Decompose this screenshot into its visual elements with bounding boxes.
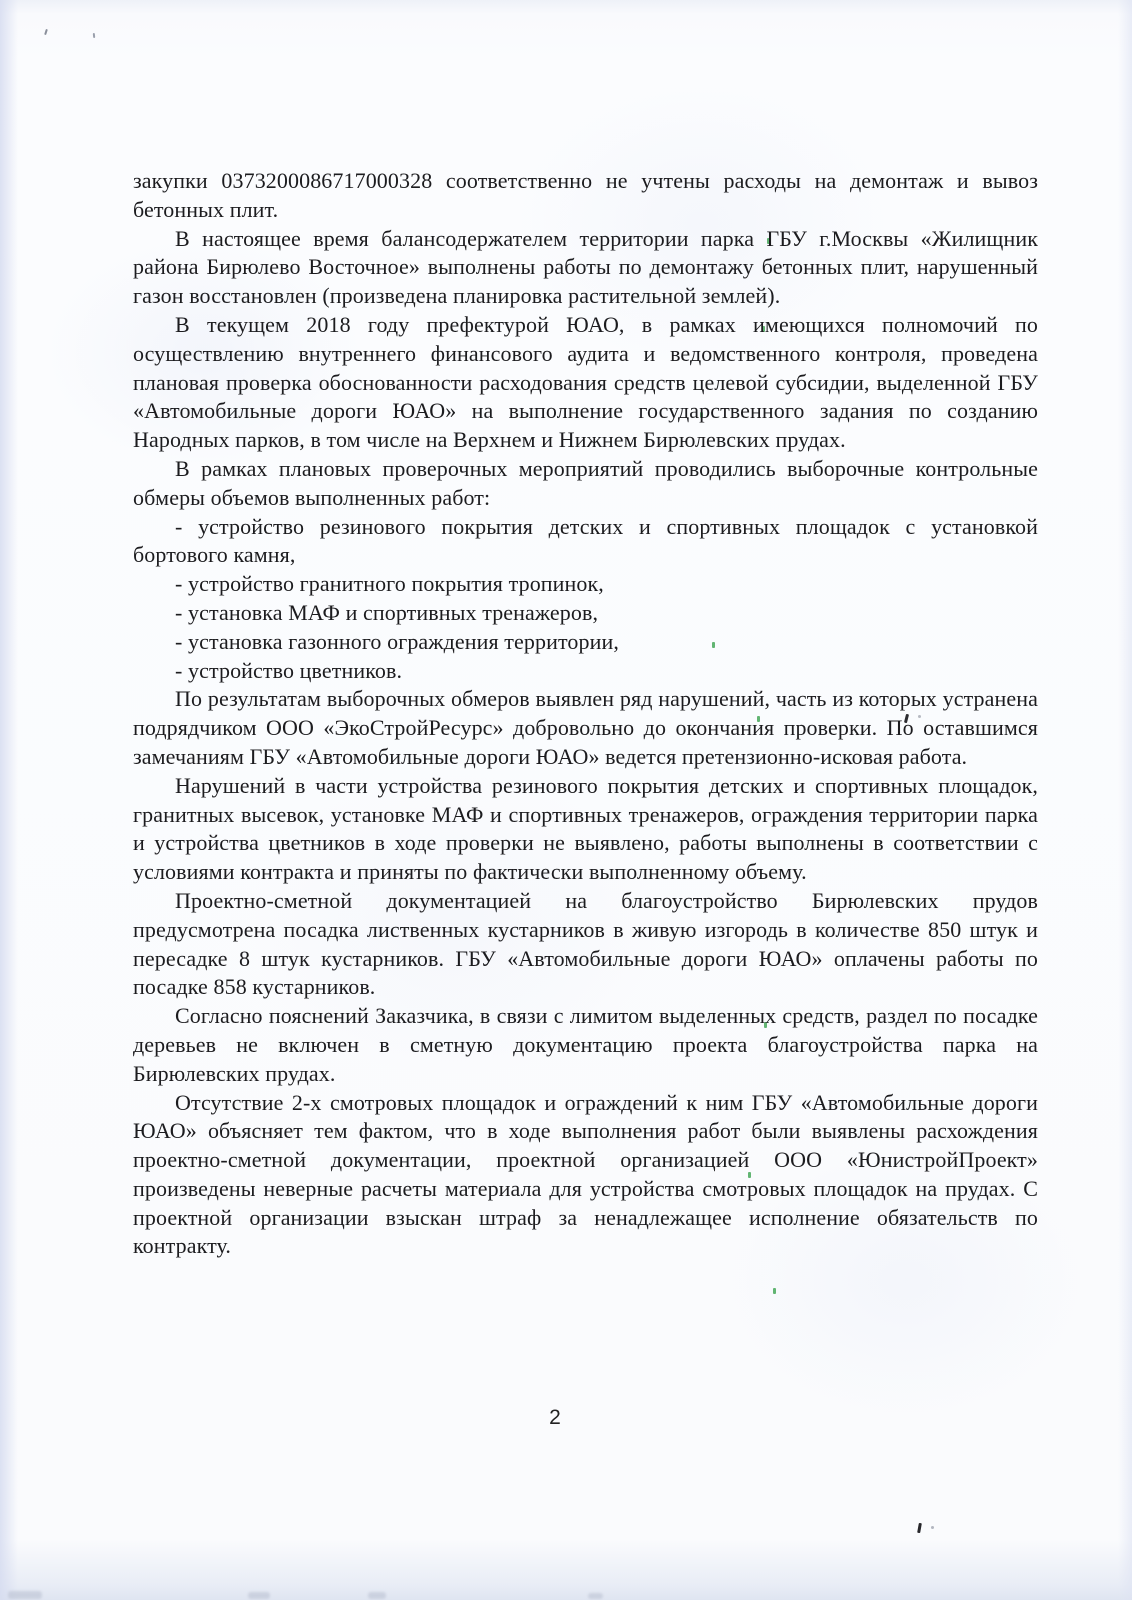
scan-edge-tint-right <box>1118 0 1132 1600</box>
list-item: - устройство гранитного покрытия тропино… <box>133 570 1038 599</box>
list-item: - установка газонного ограждения террито… <box>133 628 1038 657</box>
paragraph-continuation: закупки 0373200086717000328 соответствен… <box>133 167 1038 225</box>
list-item: - устройство резинового покрытия детских… <box>133 513 1038 571</box>
scan-artifact-bottom-right-dot <box>931 1526 934 1529</box>
scan-smudge-bottom <box>8 1591 42 1599</box>
paragraph: Нарушений в части устройства резинового … <box>133 772 1038 887</box>
list-item: - установка МАФ и спортивных тренажеров, <box>133 599 1038 628</box>
scan-edge-tint-left <box>0 0 18 1600</box>
scanned-document-page: закупки 0373200086717000328 соответствен… <box>0 0 1132 1600</box>
paragraph: Согласно пояснений Заказчика, в связи с … <box>133 1002 1038 1088</box>
paragraph: По результатам выборочных обмеров выявле… <box>133 685 1038 771</box>
paragraph: Проектно-сметной документацией на благоу… <box>133 887 1038 1002</box>
scan-color-speck <box>773 1288 776 1294</box>
paragraph: В текущем 2018 году префектурой ЮАО, в р… <box>133 311 1038 455</box>
page-number: 2 <box>540 1406 570 1430</box>
paragraph: Отсутствие 2-х смотровых площадок и огра… <box>133 1089 1038 1262</box>
scan-smudge-bottom <box>248 1592 270 1599</box>
scan-artifact-top-left-2 <box>93 33 96 38</box>
scan-smudge-bottom <box>588 1593 603 1599</box>
document-text-block: закупки 0373200086717000328 соответствен… <box>133 167 1038 1261</box>
scan-artifact-top-left-1 <box>44 29 48 35</box>
scan-artifact-bottom-right <box>917 1523 922 1533</box>
paragraph: В настоящее время балансодержателем терр… <box>133 225 1038 311</box>
list-item: - устройство цветников. <box>133 657 1038 686</box>
paragraph: В рамках плановых проверочных мероприяти… <box>133 455 1038 513</box>
scan-smudge-bottom <box>368 1592 386 1599</box>
